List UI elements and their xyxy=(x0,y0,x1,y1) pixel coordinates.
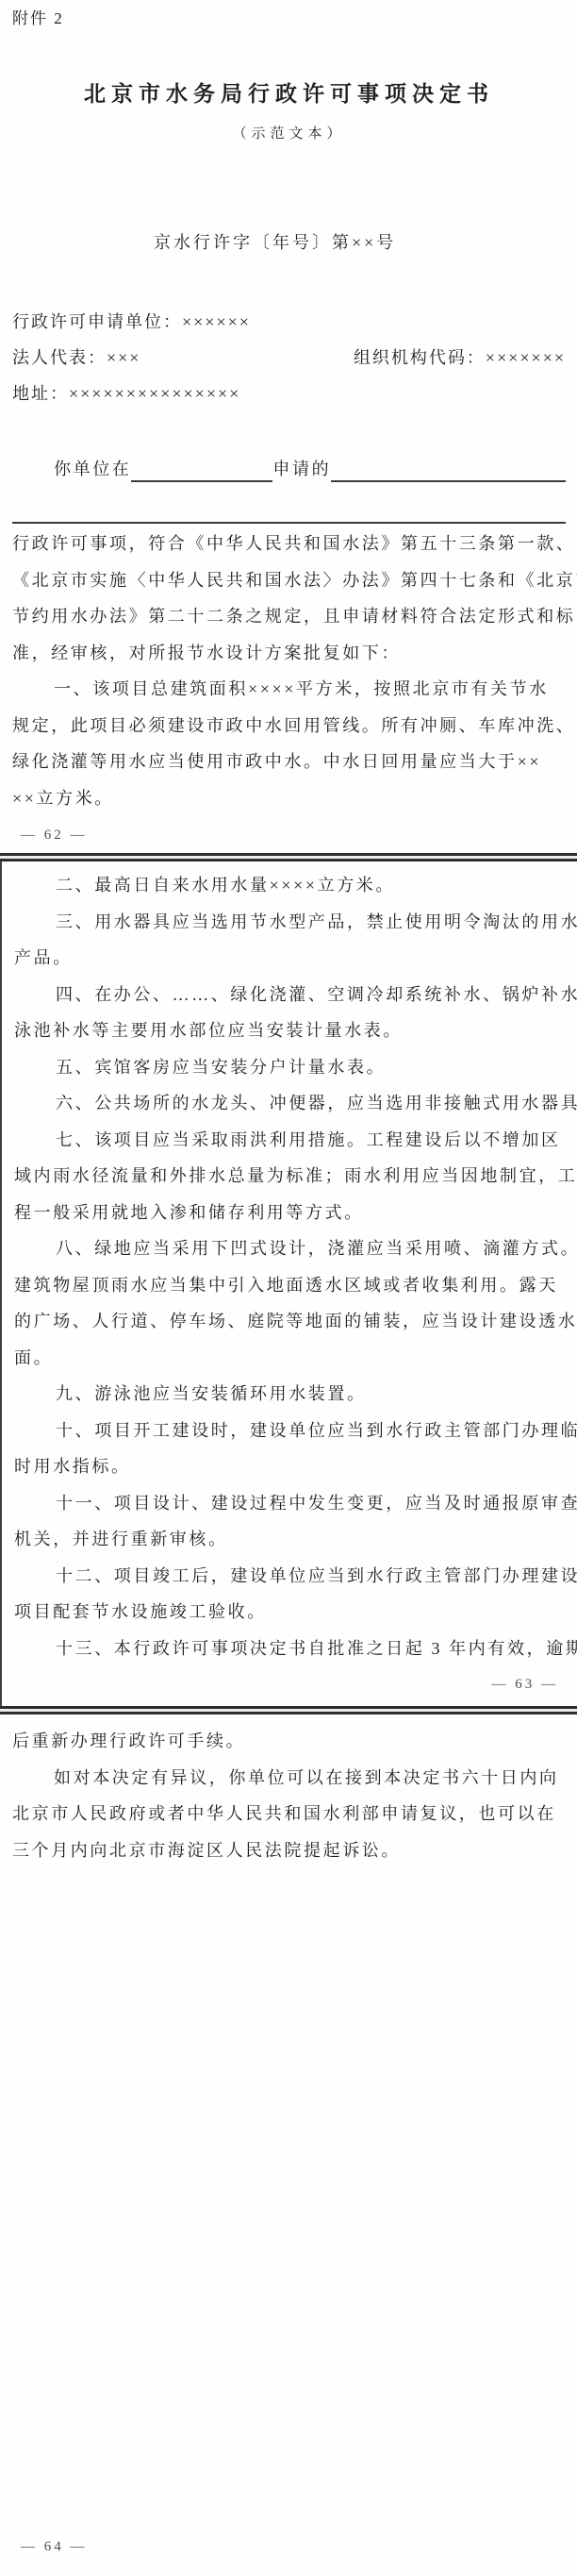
field-org-code: 组织机构代码：××××××× xyxy=(354,340,566,376)
text-line: 四、在办公、……、绿化浇灌、空调冷却系统补水、锅炉补水、游 xyxy=(14,977,566,1013)
text-line: 节约用水办法》第二十二条之规定，且申请材料符合法定形式和标 xyxy=(12,598,566,635)
text-line: 一、该项目总建筑面积××××平方米，按照北京市有关节水 xyxy=(12,671,566,708)
text-line: 行政许可事项，符合《中华人民共和国水法》第五十三条第一款、 xyxy=(12,526,566,562)
field-address: 地址：××××××××××××××× xyxy=(12,376,566,411)
blank-underline xyxy=(131,480,272,482)
text-line: 九、游泳池应当安装循环用水装置。 xyxy=(14,1376,566,1413)
page-separator xyxy=(0,853,577,861)
text-line: 十、项目开工建设时，建设单位应当到水行政主管部门办理临 xyxy=(14,1413,566,1449)
text-line: 面。 xyxy=(14,1340,566,1377)
text-line: 规定，此项目必须建设市政中水回用管线。所有冲厕、车库冲洗、 xyxy=(12,708,566,744)
fill-in-line: 你单位在申请的 xyxy=(12,451,566,488)
text-line: 域内雨水径流量和外排水总量为标准；雨水利用应当因地制宜，工 xyxy=(14,1158,566,1195)
page-number-63: — 63 — xyxy=(492,1677,559,1693)
page-number-62: — 62 — xyxy=(21,828,88,844)
text-line: 十一、项目设计、建设过程中发生变更，应当及时通报原审查 xyxy=(14,1485,566,1522)
text-line: 五、宾馆客房应当安装分户计量水表。 xyxy=(14,1049,566,1086)
text-line: 项目配套节水设施竣工验收。 xyxy=(14,1594,566,1631)
text-line: 如对本决定有异议，你单位可以在接到本决定书六十日内向 xyxy=(12,1760,566,1797)
text-line: 三、用水器具应当选用节水型产品，禁止使用明令淘汰的用水 xyxy=(14,904,566,941)
text-line: 十二、项目竣工后，建设单位应当到水行政主管部门办理建设 xyxy=(14,1558,566,1595)
blank-underline-full xyxy=(12,488,566,525)
applicant-info-block: 行政许可申请单位：×××××× 法人代表：××× 组织机构代码：××××××× … xyxy=(12,304,566,411)
text-line: ××立方米。 xyxy=(12,780,566,817)
text-line: 准，经审核，对所报节水设计方案批复如下： xyxy=(12,635,566,672)
document-subtitle: （示范文本） xyxy=(12,123,566,145)
text-line: 二、最高日自来水用水量××××立方米。 xyxy=(14,867,566,904)
document-number: 京水行许字〔年号〕第××号 xyxy=(12,230,566,255)
text-line: 时用水指标。 xyxy=(14,1448,566,1485)
text-line: 产品。 xyxy=(14,940,566,977)
page-64: 后重新办理行政许可手续。如对本决定有异议，你单位可以在接到本决定书六十日内向北京… xyxy=(0,1715,577,2576)
text-line: 机关，并进行重新审核。 xyxy=(14,1521,566,1558)
document-title: 北京市水务局行政许可事项决定书 xyxy=(12,79,566,109)
attachment-label: 附件 2 xyxy=(12,8,566,30)
page-separator xyxy=(0,1706,577,1715)
text-line: 建筑物屋顶雨水应当集中引入地面透水区域或者收集利用。露天 xyxy=(14,1267,566,1304)
field-applicant: 行政许可申请单位：×××××× xyxy=(12,304,566,340)
page-number-64: — 64 — xyxy=(21,2539,88,2555)
text-line: 北京市人民政府或者中华人民共和国水利部申请复议，也可以在 xyxy=(12,1796,566,1832)
page-62-body: 你单位在申请的行政许可事项，符合《中华人民共和国水法》第五十三条第一款、《北京市… xyxy=(12,451,566,816)
page-63-body: 二、最高日自来水用水量××××立方米。三、用水器具应当选用节水型产品，禁止使用明… xyxy=(14,867,566,1666)
field-legal-rep: 法人代表：××× xyxy=(12,340,140,376)
page-62: 附件 2 北京市水务局行政许可事项决定书 （示范文本） 京水行许字〔年号〕第××… xyxy=(0,0,577,853)
text-line: 八、绿地应当采用下凹式设计，浇灌应当采用喷、滴灌方式。 xyxy=(14,1230,566,1267)
blank-underline xyxy=(331,480,566,482)
text-line: 三个月内向北京市海淀区人民法院提起诉讼。 xyxy=(12,1832,566,1869)
scanned-document: 附件 2 北京市水务局行政许可事项决定书 （示范文本） 京水行许字〔年号〕第××… xyxy=(0,0,577,2576)
text-segment: 你单位在 xyxy=(54,451,131,488)
text-line: 七、该项目应当采取雨洪利用措施。工程建设后以不增加区 xyxy=(14,1122,566,1159)
text-segment: 申请的 xyxy=(272,451,331,488)
text-line: 绿化浇灌等用水应当使用市政中水。中水日回用量应当大于×× xyxy=(12,744,566,780)
field-row-legal-org: 法人代表：××× 组织机构代码：××××××× xyxy=(12,340,566,376)
text-line: 的广场、人行道、停车场、庭院等地面的铺装，应当设计建设透水路 xyxy=(14,1303,566,1340)
text-line: 六、公共场所的水龙头、冲便器，应当选用非接触式用水器具。 xyxy=(14,1085,566,1122)
page-63: 二、最高日自来水用水量××××立方米。三、用水器具应当选用节水型产品，禁止使用明… xyxy=(0,861,577,1706)
text-line: 十三、本行政许可事项决定书自批准之日起 3 年内有效，逾期 xyxy=(14,1631,566,1667)
page-64-body: 后重新办理行政许可手续。如对本决定有异议，你单位可以在接到本决定书六十日内向北京… xyxy=(12,1723,566,1868)
text-line: 泳池补水等主要用水部位应当安装计量水表。 xyxy=(14,1012,566,1049)
text-line: 后重新办理行政许可手续。 xyxy=(12,1723,566,1760)
text-line: 《北京市实施〈中华人民共和国水法〉办法》第四十七条和《北京市 xyxy=(12,562,566,599)
text-line: 程一般采用就地入渗和储存利用等方式。 xyxy=(14,1195,566,1231)
